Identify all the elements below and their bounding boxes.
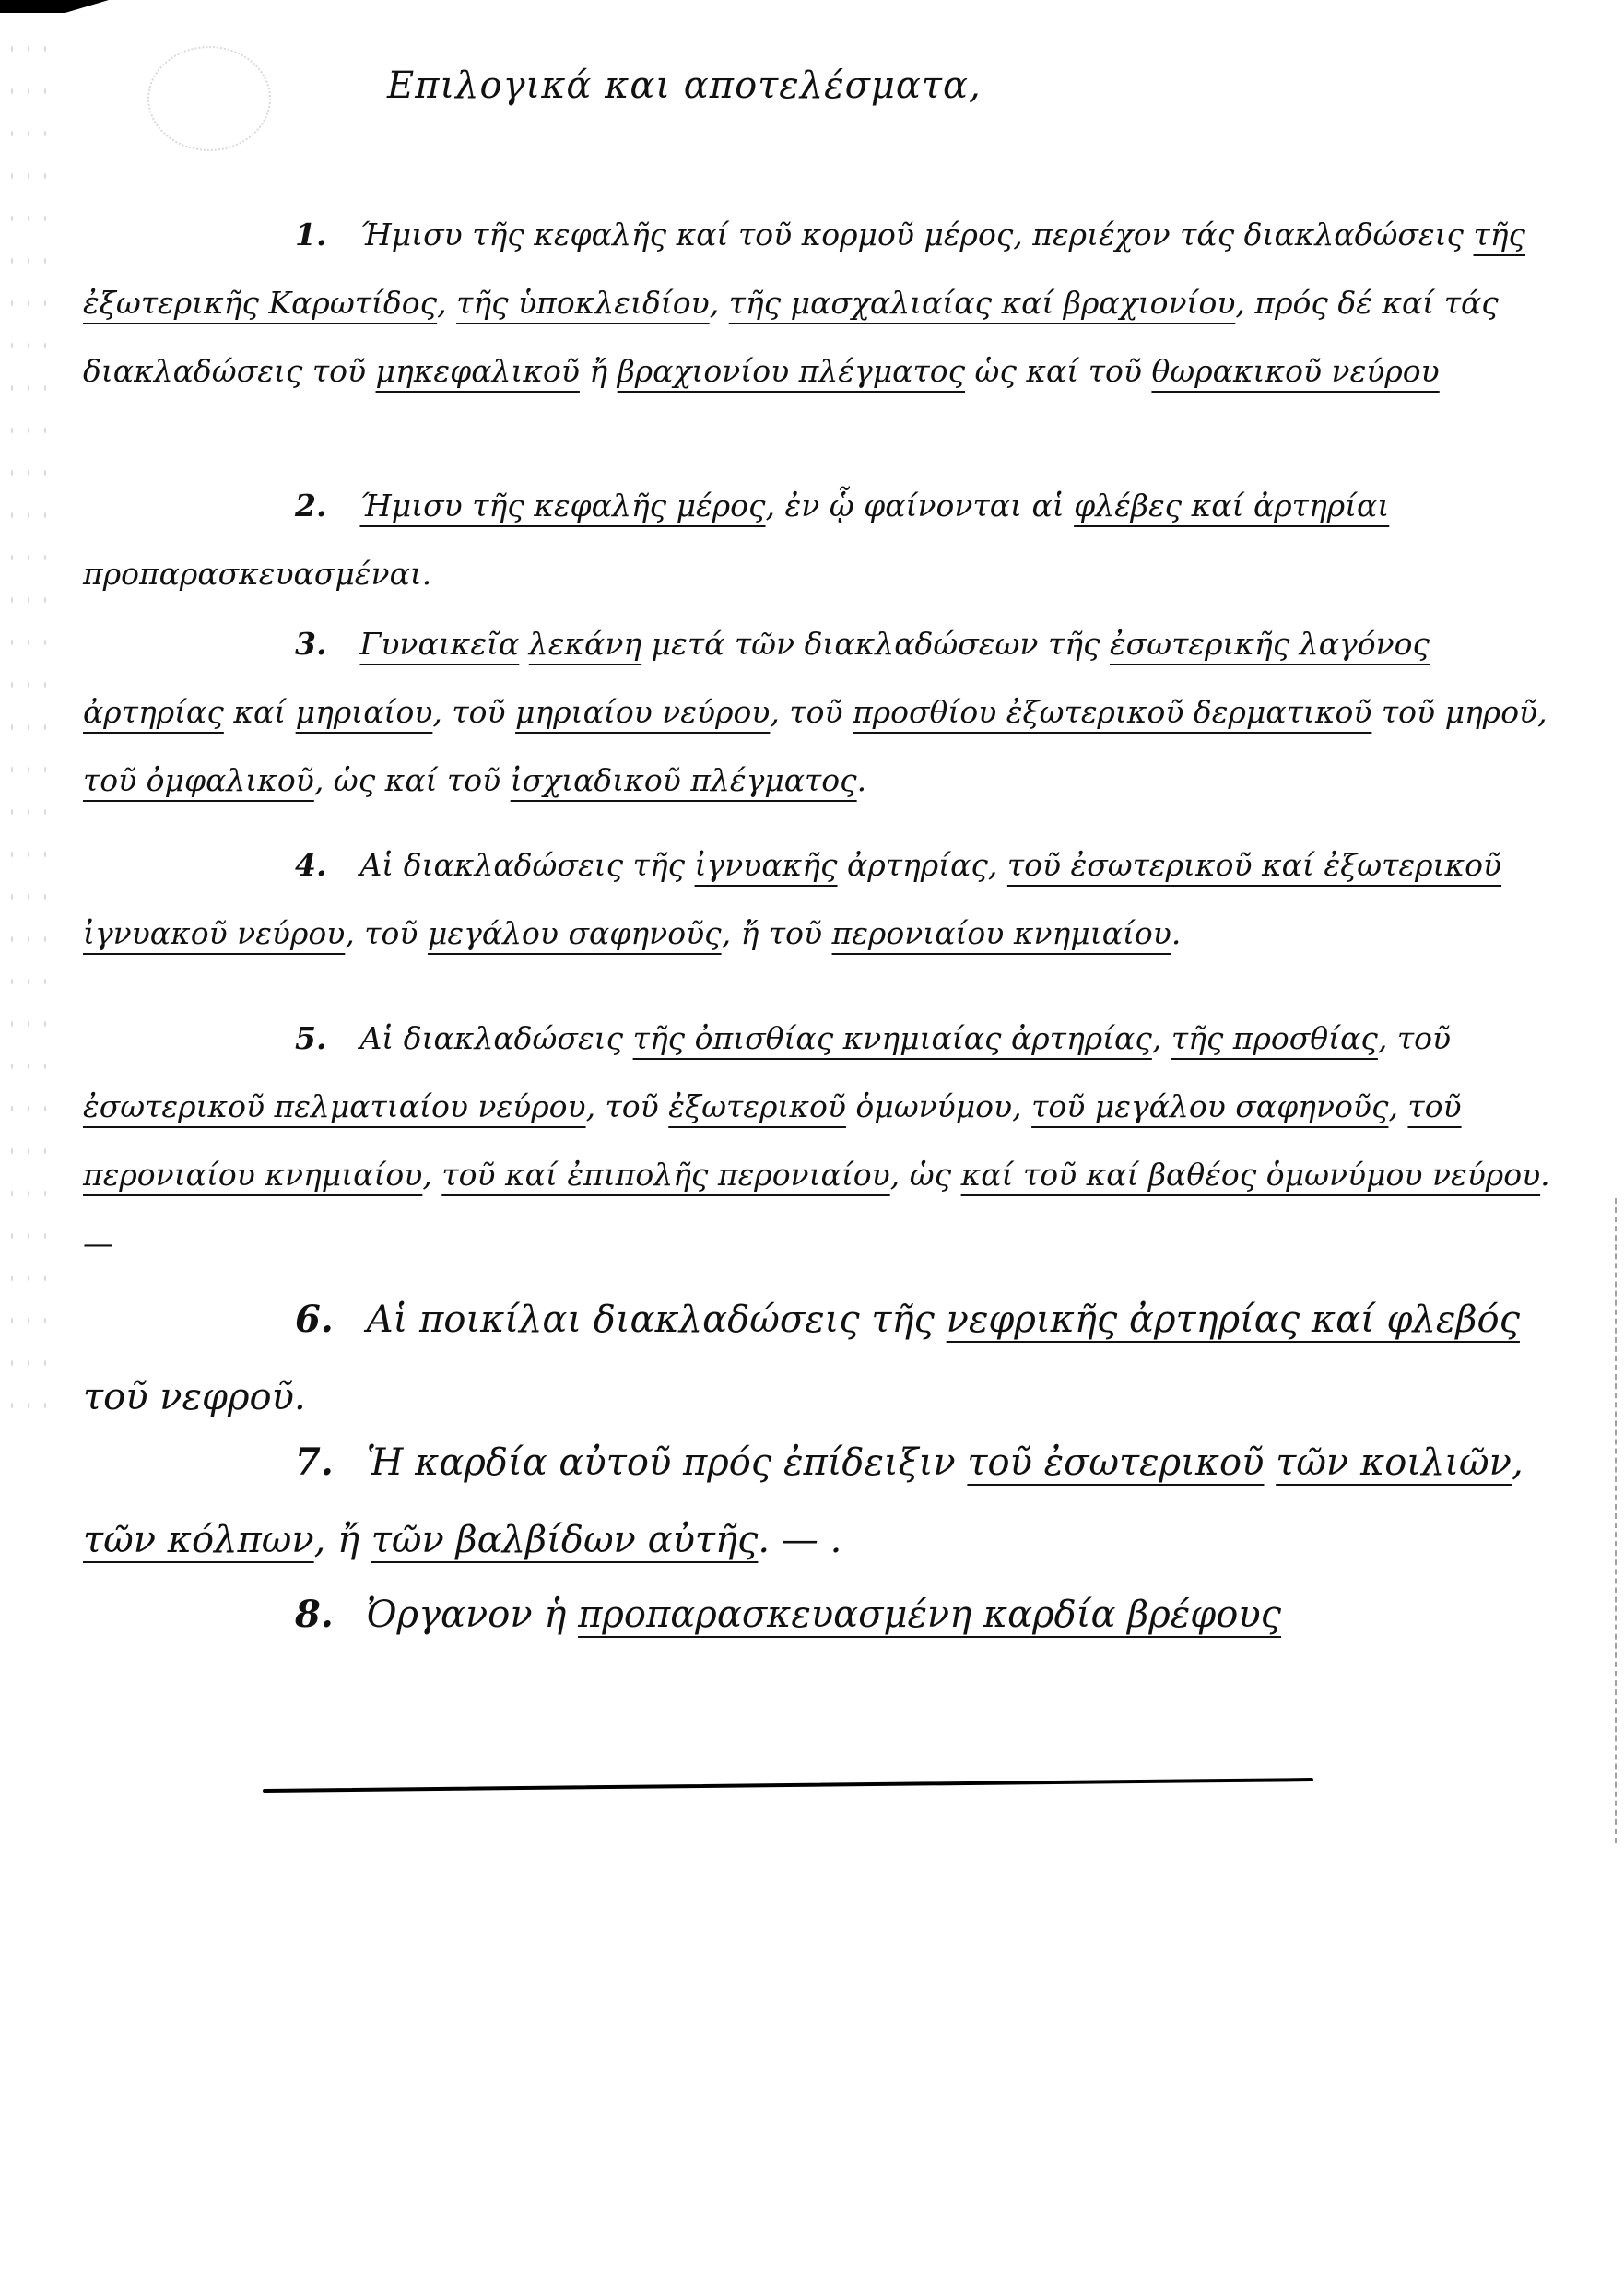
scan-corner-mark (0, 0, 109, 13)
underlined-term: φλέβες καί ἀρτηρίαι (1074, 488, 1389, 523)
item-text: προπαρασκευασμέναι. (83, 556, 431, 592)
underlined-term: μηκεφαλικοῦ (376, 353, 580, 389)
item-text: . (857, 762, 867, 798)
faded-stamp (147, 46, 271, 151)
item-text (1264, 1441, 1276, 1484)
underlined-term: μηριαίου (296, 694, 433, 730)
underlined-term: προπαρασκευασμένη καρδία βρέφους (578, 1593, 1281, 1636)
item-text: ὁμωνύμου, (846, 1088, 1031, 1124)
list-item: 4.Αἱ διακλαδώσεις τῆς ἰγνυακῆς ἀρτηρίας,… (83, 831, 1558, 968)
item-text: , (1152, 1020, 1171, 1056)
underlined-term: τῆς ὑποκλειδίου (456, 285, 710, 321)
list-item: 1.Ήμισυ τῆς κεφαλῆς καί τοῦ κορμοῦ μέρος… (83, 201, 1558, 406)
underlined-term: προσθίου ἐξωτερικοῦ δερματικοῦ (853, 694, 1371, 730)
item-text: , (1388, 1088, 1407, 1124)
underlined-term: καί τοῦ καί βαθέος ὁμωνύμου νεύρου (961, 1157, 1541, 1193)
item-text: Ήμισυ τῆς κεφαλῆς καί τοῦ κορμοῦ μέρος, … (359, 217, 1473, 253)
item-text: . — . (758, 1519, 841, 1561)
underlined-term: Γυναικεῖα (359, 626, 519, 662)
list-item: 6.Αἱ ποικίλαι διακλαδώσεις τῆς νεφρικῆς … (83, 1281, 1558, 1436)
item-text: Ἡ καρδία αὐτοῦ πρός ἐπίδειξιν (367, 1441, 968, 1484)
item-text: καί (224, 694, 296, 730)
list-item: 8.Ὀργανον ἡ προπαρασκευασμένη καρδία βρέ… (83, 1576, 1558, 1653)
item-text: ἤ (580, 353, 618, 389)
item-text: , ἤ (314, 1519, 371, 1561)
item-text: , (710, 285, 729, 321)
closing-rule (263, 1778, 1313, 1793)
item-text: Αἱ διακλαδώσεις (359, 1020, 632, 1056)
item-text: Αἱ διακλαδώσεις τῆς (359, 847, 694, 883)
list-item: 5.Αἱ διακλαδώσεις τῆς ὀπισθίας κνημιαίας… (83, 1005, 1558, 1277)
item-text: , ἤ τοῦ (722, 915, 832, 951)
underlined-term: μεγάλου σαφηνοῦς (428, 915, 722, 951)
item-number: 5. (295, 1020, 326, 1056)
scan-edge-right (1612, 1198, 1617, 1843)
underlined-term: λεκάνη (529, 626, 641, 662)
item-text: , ὡς καί τοῦ (314, 762, 511, 798)
item-text (519, 626, 529, 662)
item-text: μετά τῶν διακλαδώσεων τῆς (641, 626, 1110, 662)
item-number: 7. (295, 1440, 334, 1484)
item-text: , τοῦ (770, 694, 853, 730)
page-title: Επιλογικά και αποτελέσματα, (387, 65, 982, 107)
item-number: 2. (295, 488, 326, 523)
underlined-term: ἐσωτερικοῦ πελματιαίου νεύρου (83, 1088, 586, 1124)
scan-noise-left (4, 28, 59, 1410)
item-text: , ὡς (890, 1157, 961, 1193)
item-text: , (1512, 1441, 1524, 1484)
underlined-term: ἐξωτερικοῦ (668, 1088, 846, 1124)
item-text: , τοῦ (1378, 1020, 1451, 1056)
underlined-term: τοῦ ἐσωτερικοῦ (967, 1441, 1264, 1484)
item-text: Ὀργανον ἡ (367, 1593, 578, 1636)
underlined-term: ἰσχιαδικοῦ πλέγματος (511, 762, 857, 798)
item-text: τοῦ νεφροῦ. (83, 1376, 306, 1418)
item-number: 4. (295, 847, 326, 883)
item-text: , ἐν ᾧ φαίνονται αἱ (766, 488, 1075, 523)
underlined-term: τῶν κόλπων (83, 1519, 314, 1561)
underlined-term: τῆς προσθίας (1171, 1020, 1378, 1056)
list-item: 7.Ἡ καρδία αὐτοῦ πρός ἐπίδειξιν τοῦ ἐσωτ… (83, 1424, 1558, 1579)
underlined-term: τοῦ ὀμφαλικοῦ (83, 762, 314, 798)
underlined-term: περονιαίου κνημιαίου (832, 915, 1171, 951)
underlined-term: θωρακικοῦ νεύρου (1151, 353, 1439, 389)
item-text: ἀρτηρίας, (838, 847, 1007, 883)
underlined-term: τοῦ καί ἐπιπολῆς περονιαίου (441, 1157, 889, 1193)
item-number: 1. (295, 217, 326, 253)
item-text: τοῦ μηροῦ, (1371, 694, 1547, 730)
item-number: 6. (295, 1298, 334, 1341)
underlined-term: μηριαίου νεύρου (515, 694, 770, 730)
item-text: , (422, 1157, 441, 1193)
underlined-term: βραχιονίου πλέγματος (618, 353, 965, 389)
item-text: , τοῦ (586, 1088, 669, 1124)
list-item: 2.Ήμισυ τῆς κεφαλῆς μέρος, ἐν ᾧ φαίνοντα… (83, 472, 1558, 608)
underlined-term: τῆς μασχαλιαίας καί βραχιονίου (729, 285, 1236, 321)
item-text: ὡς καί τοῦ (965, 353, 1151, 389)
item-text: , τοῦ (345, 915, 428, 951)
underlined-term: τῆς ὀπισθίας κνημιαίας ἀρτηρίας (633, 1020, 1152, 1056)
item-text: Αἱ ποικίλαι διακλαδώσεις τῆς (367, 1299, 947, 1341)
list-item: 3.Γυναικεῖα λεκάνη μετά τῶν διακλαδώσεων… (83, 610, 1558, 815)
underlined-term: Ήμισυ τῆς κεφαλῆς μέρος (359, 488, 765, 523)
item-text: , τοῦ (432, 694, 515, 730)
underlined-term: νεφρικῆς ἀρτηρίας καί φλεβός (947, 1299, 1520, 1341)
item-text: , (437, 285, 456, 321)
item-number: 8. (295, 1593, 334, 1636)
item-text: . (1171, 915, 1182, 951)
underlined-term: τοῦ μεγάλου σαφηνοῦς (1031, 1088, 1388, 1124)
underlined-term: τῶν βαλβίδων αὐτῆς (371, 1519, 759, 1561)
manuscript-page: Επιλογικά και αποτελέσματα, 1.Ήμισυ τῆς … (0, 0, 1624, 2293)
item-number: 3. (295, 626, 326, 662)
underlined-term: τῶν κοιλιῶν (1276, 1441, 1512, 1484)
underlined-term: ἰγνυακῆς (695, 847, 838, 883)
